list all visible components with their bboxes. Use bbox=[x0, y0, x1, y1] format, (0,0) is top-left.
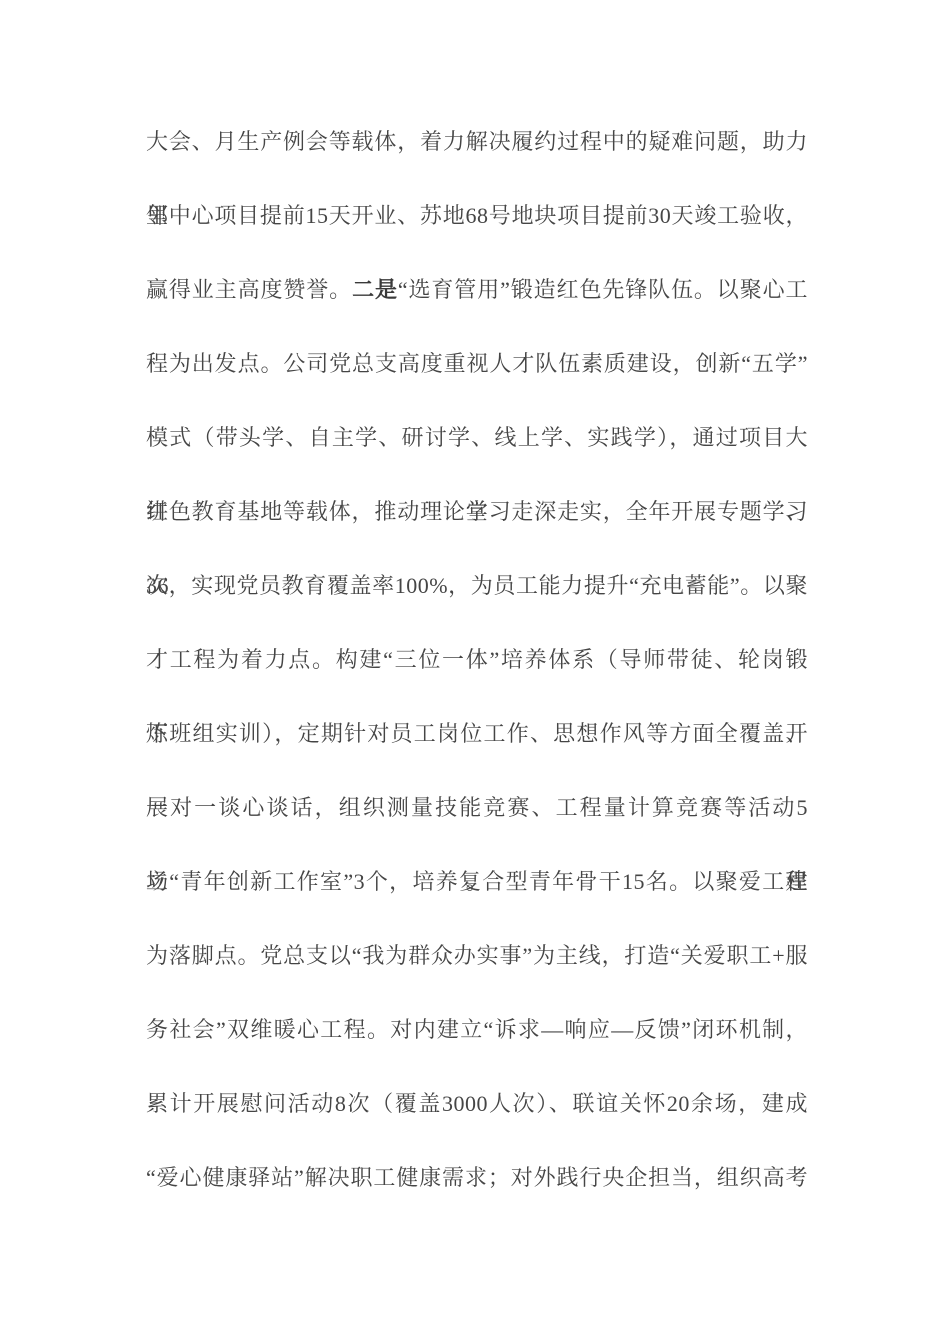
text-line: 红色教育基地等载体，推动理论学习走深走实，全年开展专题学习36 bbox=[146, 475, 808, 549]
text-line: 次，实现党员教育覆盖率100%，为员工能力提升“充电蓄能”。以聚 bbox=[146, 549, 808, 623]
text-line: 模式（带头学、自主学、研讨学、线上学、实践学），通过项目大讲堂、 bbox=[146, 401, 808, 475]
text-segment: 次，实现党员教育覆盖率100%，为员工能力提升“充电蓄能”。以聚 bbox=[146, 573, 808, 598]
text-line: 务社会”双维暖心工程。对内建立“诉求—响应—反馈”闭环机制， bbox=[146, 993, 808, 1067]
text-segment: “选育管用”锻造红色先锋队伍。以聚心工 bbox=[398, 277, 808, 302]
text-segment: “爱心健康驿站”解决职工健康需求；对外践行央企担当，组织高考 bbox=[146, 1165, 808, 1190]
text-segment: 累计开展慰问活动8次（覆盖3000人次）、联谊关怀20余场，建成 bbox=[146, 1091, 808, 1116]
text-line: 下班组实训），定期针对员工岗位工作、思想作风等方面全覆盖开展 bbox=[146, 697, 808, 771]
text-line: 为落脚点。党总支以“我为群众办实事”为主线，打造“关爱职工+服 bbox=[146, 919, 808, 993]
text-line: 才工程为着力点。构建“三位一体”培养体系（导师带徒、轮岗锻炼、 bbox=[146, 623, 808, 697]
document-page: 大会、月生产例会等载体，着力解决履约过程中的疑难问题，助力邻里中心项目提前15天… bbox=[0, 0, 950, 1344]
text-line: 累计开展慰问活动8次（覆盖3000人次）、联谊关怀20余场，建成 bbox=[146, 1067, 808, 1141]
text-segment: 务社会”双维暖心工程。对内建立“诉求—响应—反馈”闭环机制， bbox=[146, 1017, 808, 1042]
document-body: 大会、月生产例会等载体，着力解决履约过程中的疑难问题，助力邻里中心项目提前15天… bbox=[146, 105, 808, 1215]
text-line: 赢得业主高度赞誉。二是“选育管用”锻造红色先锋队伍。以聚心工 bbox=[146, 253, 808, 327]
text-line: 立“青年创新工作室”3个，培养复合型青年骨干15名。以聚爱工程 bbox=[146, 845, 808, 919]
text-line: 一对一谈心谈话，组织测量技能竞赛、工程量计算竞赛等活动5场。建 bbox=[146, 771, 808, 845]
text-segment: 赢得业主高度赞誉。 bbox=[146, 277, 352, 302]
text-segment: 为落脚点。党总支以“我为群众办实事”为主线，打造“关爱职工+服 bbox=[146, 943, 808, 968]
text-line: “爱心健康驿站”解决职工健康需求；对外践行央企担当，组织高考 bbox=[146, 1141, 808, 1215]
text-segment: 立“青年创新工作室”3个，培养复合型青年骨干15名。以聚爱工程 bbox=[146, 869, 808, 894]
text-line: 程为出发点。公司党总支高度重视人才队伍素质建设，创新“五学” bbox=[146, 327, 808, 401]
text-line: 大会、月生产例会等载体，着力解决履约过程中的疑难问题，助力邻 bbox=[146, 105, 808, 179]
text-line: 里中心项目提前15天开业、苏地68号地块项目提前30天竣工验收， bbox=[146, 179, 808, 253]
text-segment: 程为出发点。公司党总支高度重视人才队伍素质建设，创新“五学” bbox=[146, 351, 808, 376]
text-segment: 里中心项目提前15天开业、苏地68号地块项目提前30天竣工验收， bbox=[146, 203, 808, 228]
text-segment-bold: 二是 bbox=[352, 277, 398, 302]
